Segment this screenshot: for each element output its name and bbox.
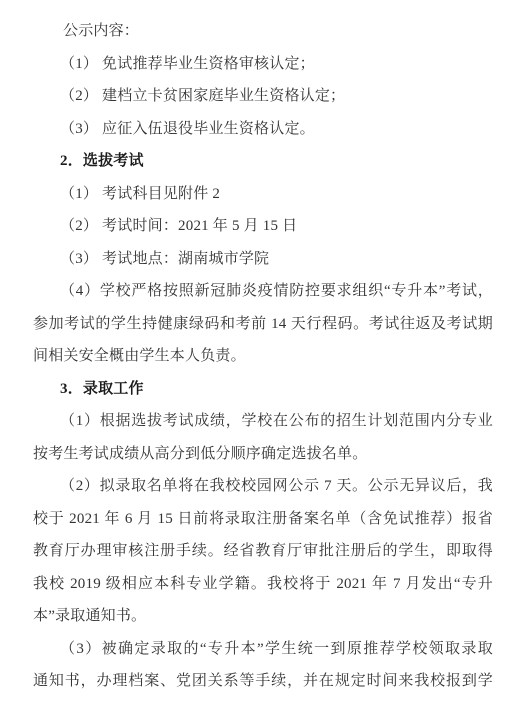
heading-admission-work: 3．录取工作 — [33, 373, 493, 406]
list-item-retired-soldier-qualification: （3） 应征入伍退役毕业生资格认定。 — [33, 113, 493, 146]
document-line: 通知书，办理档案、党团关系等手续，并在规定时间来我校报到学 — [33, 665, 493, 698]
document-line: 间相关安全概由学生本人负责。 — [33, 340, 493, 373]
document-line: （2） 建档立卡贫困家庭毕业生资格认定； — [33, 80, 493, 113]
document-line: （2）拟录取名单将在我校校园网公示 7 天。公示无异议后，我 — [33, 470, 493, 503]
document-page: 公示内容： （1） 免试推荐毕业生资格审核认定； （2） 建档立卡贫困家庭毕业生… — [0, 0, 525, 725]
paragraph-admission-ranking: （1）根据选拔考试成绩，学校在公布的招生计划范围内分专业 按考生考试成绩从高分到… — [33, 405, 493, 470]
document-body: 公示内容： （1） 免试推荐毕业生资格审核认定； （2） 建档立卡贫困家庭毕业生… — [0, 0, 525, 698]
paragraph-admission-publicity-registration: （2）拟录取名单将在我校校园网公示 7 天。公示无异议后，我 校于 2021 年… — [33, 470, 493, 633]
document-line: （3） 应征入伍退役毕业生资格认定。 — [33, 113, 493, 146]
paragraph-admission-notice-pickup: （3）被确定录取的“专升本”学生统一到原推荐学校领取录取 通知书，办理档案、党团… — [33, 633, 493, 698]
heading-selection-exam: 2．选拔考试 — [33, 145, 493, 178]
document-line: （3） 考试地点：湖南城市学院 — [33, 243, 493, 276]
list-item-exam-free-recommendation: （1） 免试推荐毕业生资格审核认定； — [33, 48, 493, 81]
document-line: 本”录取通知书。 — [33, 600, 493, 633]
list-item-exam-location: （3） 考试地点：湖南城市学院 — [33, 243, 493, 276]
document-line: 教育厅办理审核注册手续。经省教育厅审批注册后的学生，即取得 — [33, 535, 493, 568]
document-line: 校于 2021 年 6 月 15 日前将录取注册备案名单（含免试推荐）报省 — [33, 503, 493, 536]
document-line: （4）学校严格按照新冠肺炎疫情防控要求组织“专升本”考试， — [33, 275, 493, 308]
document-line: （1） 免试推荐毕业生资格审核认定； — [33, 48, 493, 81]
list-item-exam-subjects: （1） 考试科目见附件 2 — [33, 178, 493, 211]
paragraph-announcement-content: 公示内容： — [33, 15, 493, 48]
list-item-exam-time: （2） 考试时间：2021 年 5 月 15 日 — [33, 210, 493, 243]
section-heading: 3．录取工作 — [33, 373, 493, 406]
document-line: 参加考试的学生持健康绿码和考前 14 天行程码。考试往返及考试期 — [33, 308, 493, 341]
document-line: （2） 考试时间：2021 年 5 月 15 日 — [33, 210, 493, 243]
document-line: 公示内容： — [33, 15, 493, 48]
section-heading: 2．选拔考试 — [33, 145, 493, 178]
document-line: （3）被确定录取的“专升本”学生统一到原推荐学校领取录取 — [33, 633, 493, 666]
document-line: 我校 2019 级相应本科专业学籍。我校将于 2021 年 7 月发出“专升 — [33, 568, 493, 601]
document-line: （1）根据选拔考试成绩，学校在公布的招生计划范围内分专业 — [33, 405, 493, 438]
paragraph-exam-epidemic-rules: （4）学校严格按照新冠肺炎疫情防控要求组织“专升本”考试， 参加考试的学生持健康… — [33, 275, 493, 373]
document-line: 按考生考试成绩从高分到低分顺序确定选拔名单。 — [33, 438, 493, 471]
document-line: （1） 考试科目见附件 2 — [33, 178, 493, 211]
list-item-poverty-family-qualification: （2） 建档立卡贫困家庭毕业生资格认定； — [33, 80, 493, 113]
